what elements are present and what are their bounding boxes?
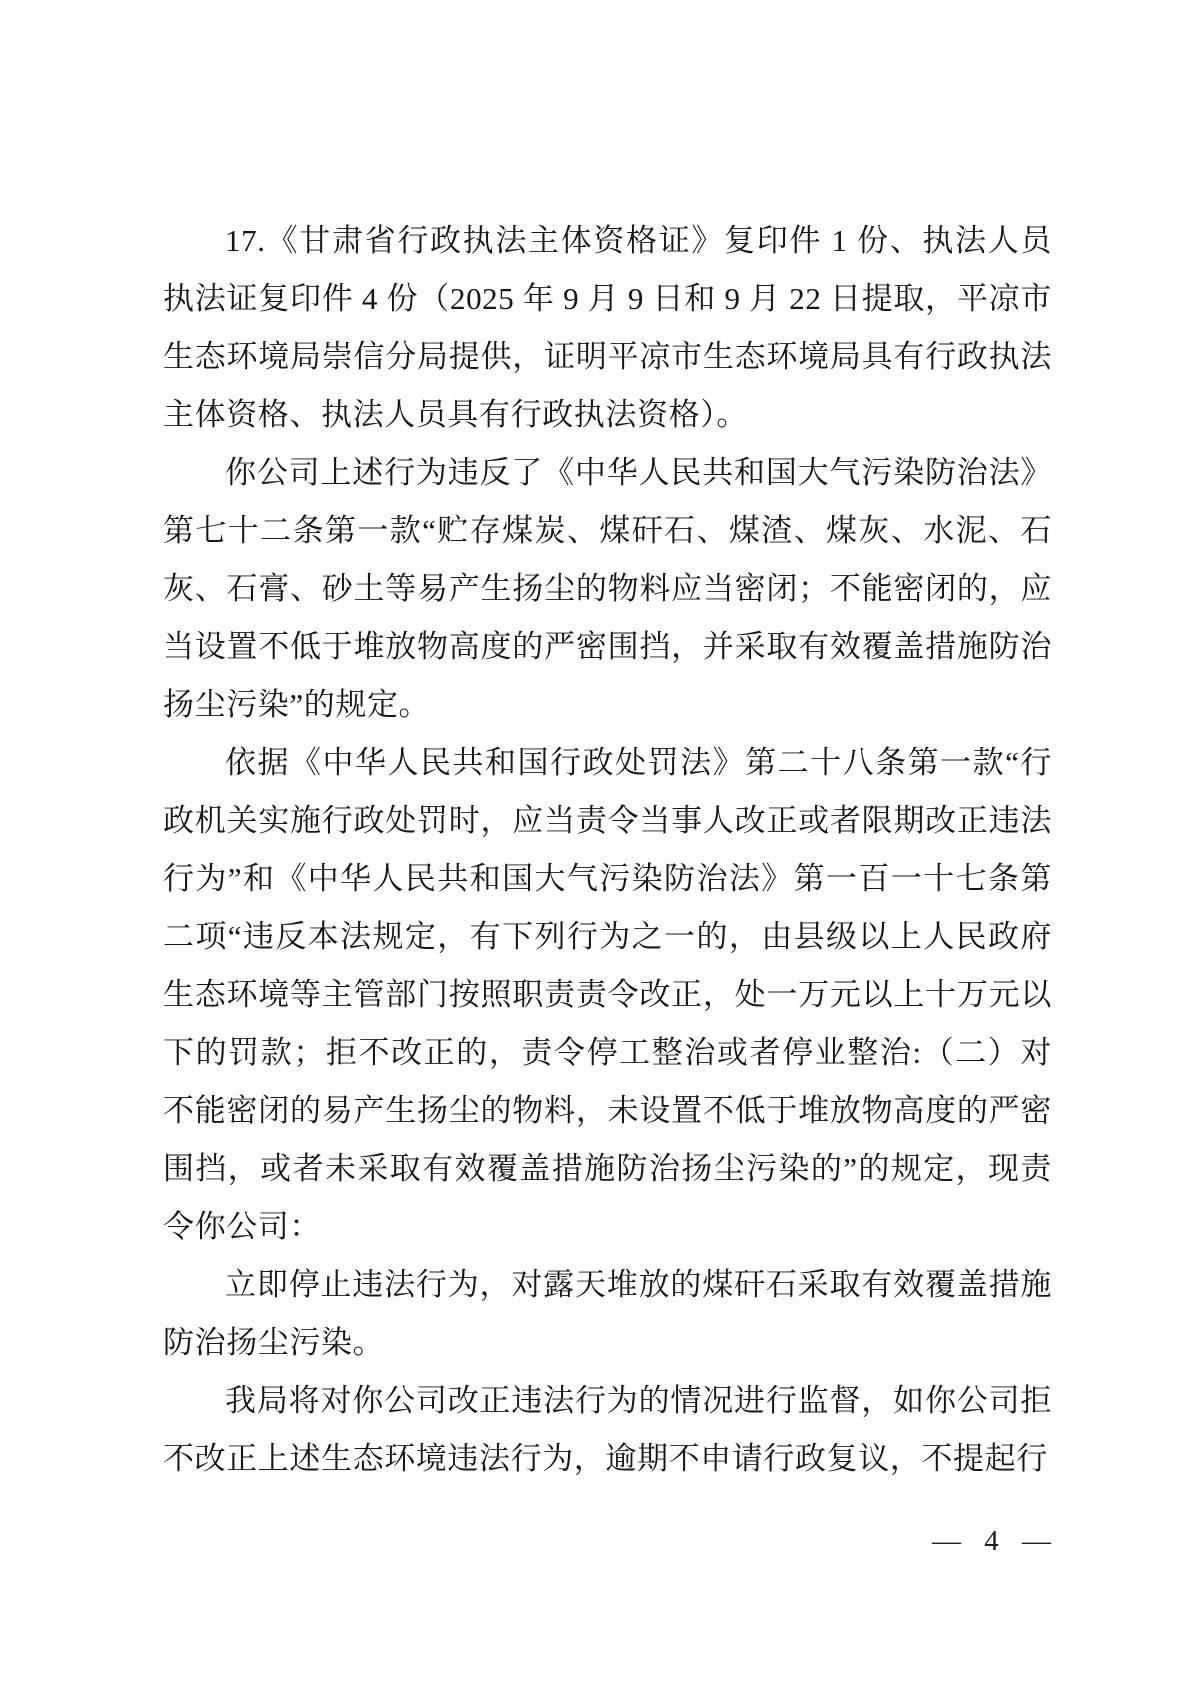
paragraph-evidence-item-17: 17.《甘肃省行政执法主体资格证》复印件 1 份、执法人员执法证复印件 4 份（…: [163, 212, 1052, 444]
paragraph-legal-basis: 依据《中华人民共和国行政处罚法》第二十八条第一款“行政机关实施行政处罚时，应当责…: [163, 734, 1052, 1256]
paragraph-order-to-correct: 立即停止违法行为，对露天堆放的煤矸石采取有效覆盖措施防治扬尘污染。: [163, 1256, 1052, 1372]
page-number: — 4 —: [932, 1524, 1059, 1558]
document-page: 17.《甘肃省行政执法主体资格证》复印件 1 份、执法人员执法证复印件 4 份（…: [0, 0, 1199, 1696]
paragraph-supervision-notice: 我局将对你公司改正违法行为的情况进行监督，如你公司拒不改正上述生态环境违法行为，…: [163, 1372, 1052, 1488]
document-body: 17.《甘肃省行政执法主体资格证》复印件 1 份、执法人员执法证复印件 4 份（…: [163, 212, 1052, 1488]
paragraph-violation-statement: 你公司上述行为违反了《中华人民共和国大气污染防治法》第七十二条第一款“贮存煤炭、…: [163, 444, 1052, 734]
